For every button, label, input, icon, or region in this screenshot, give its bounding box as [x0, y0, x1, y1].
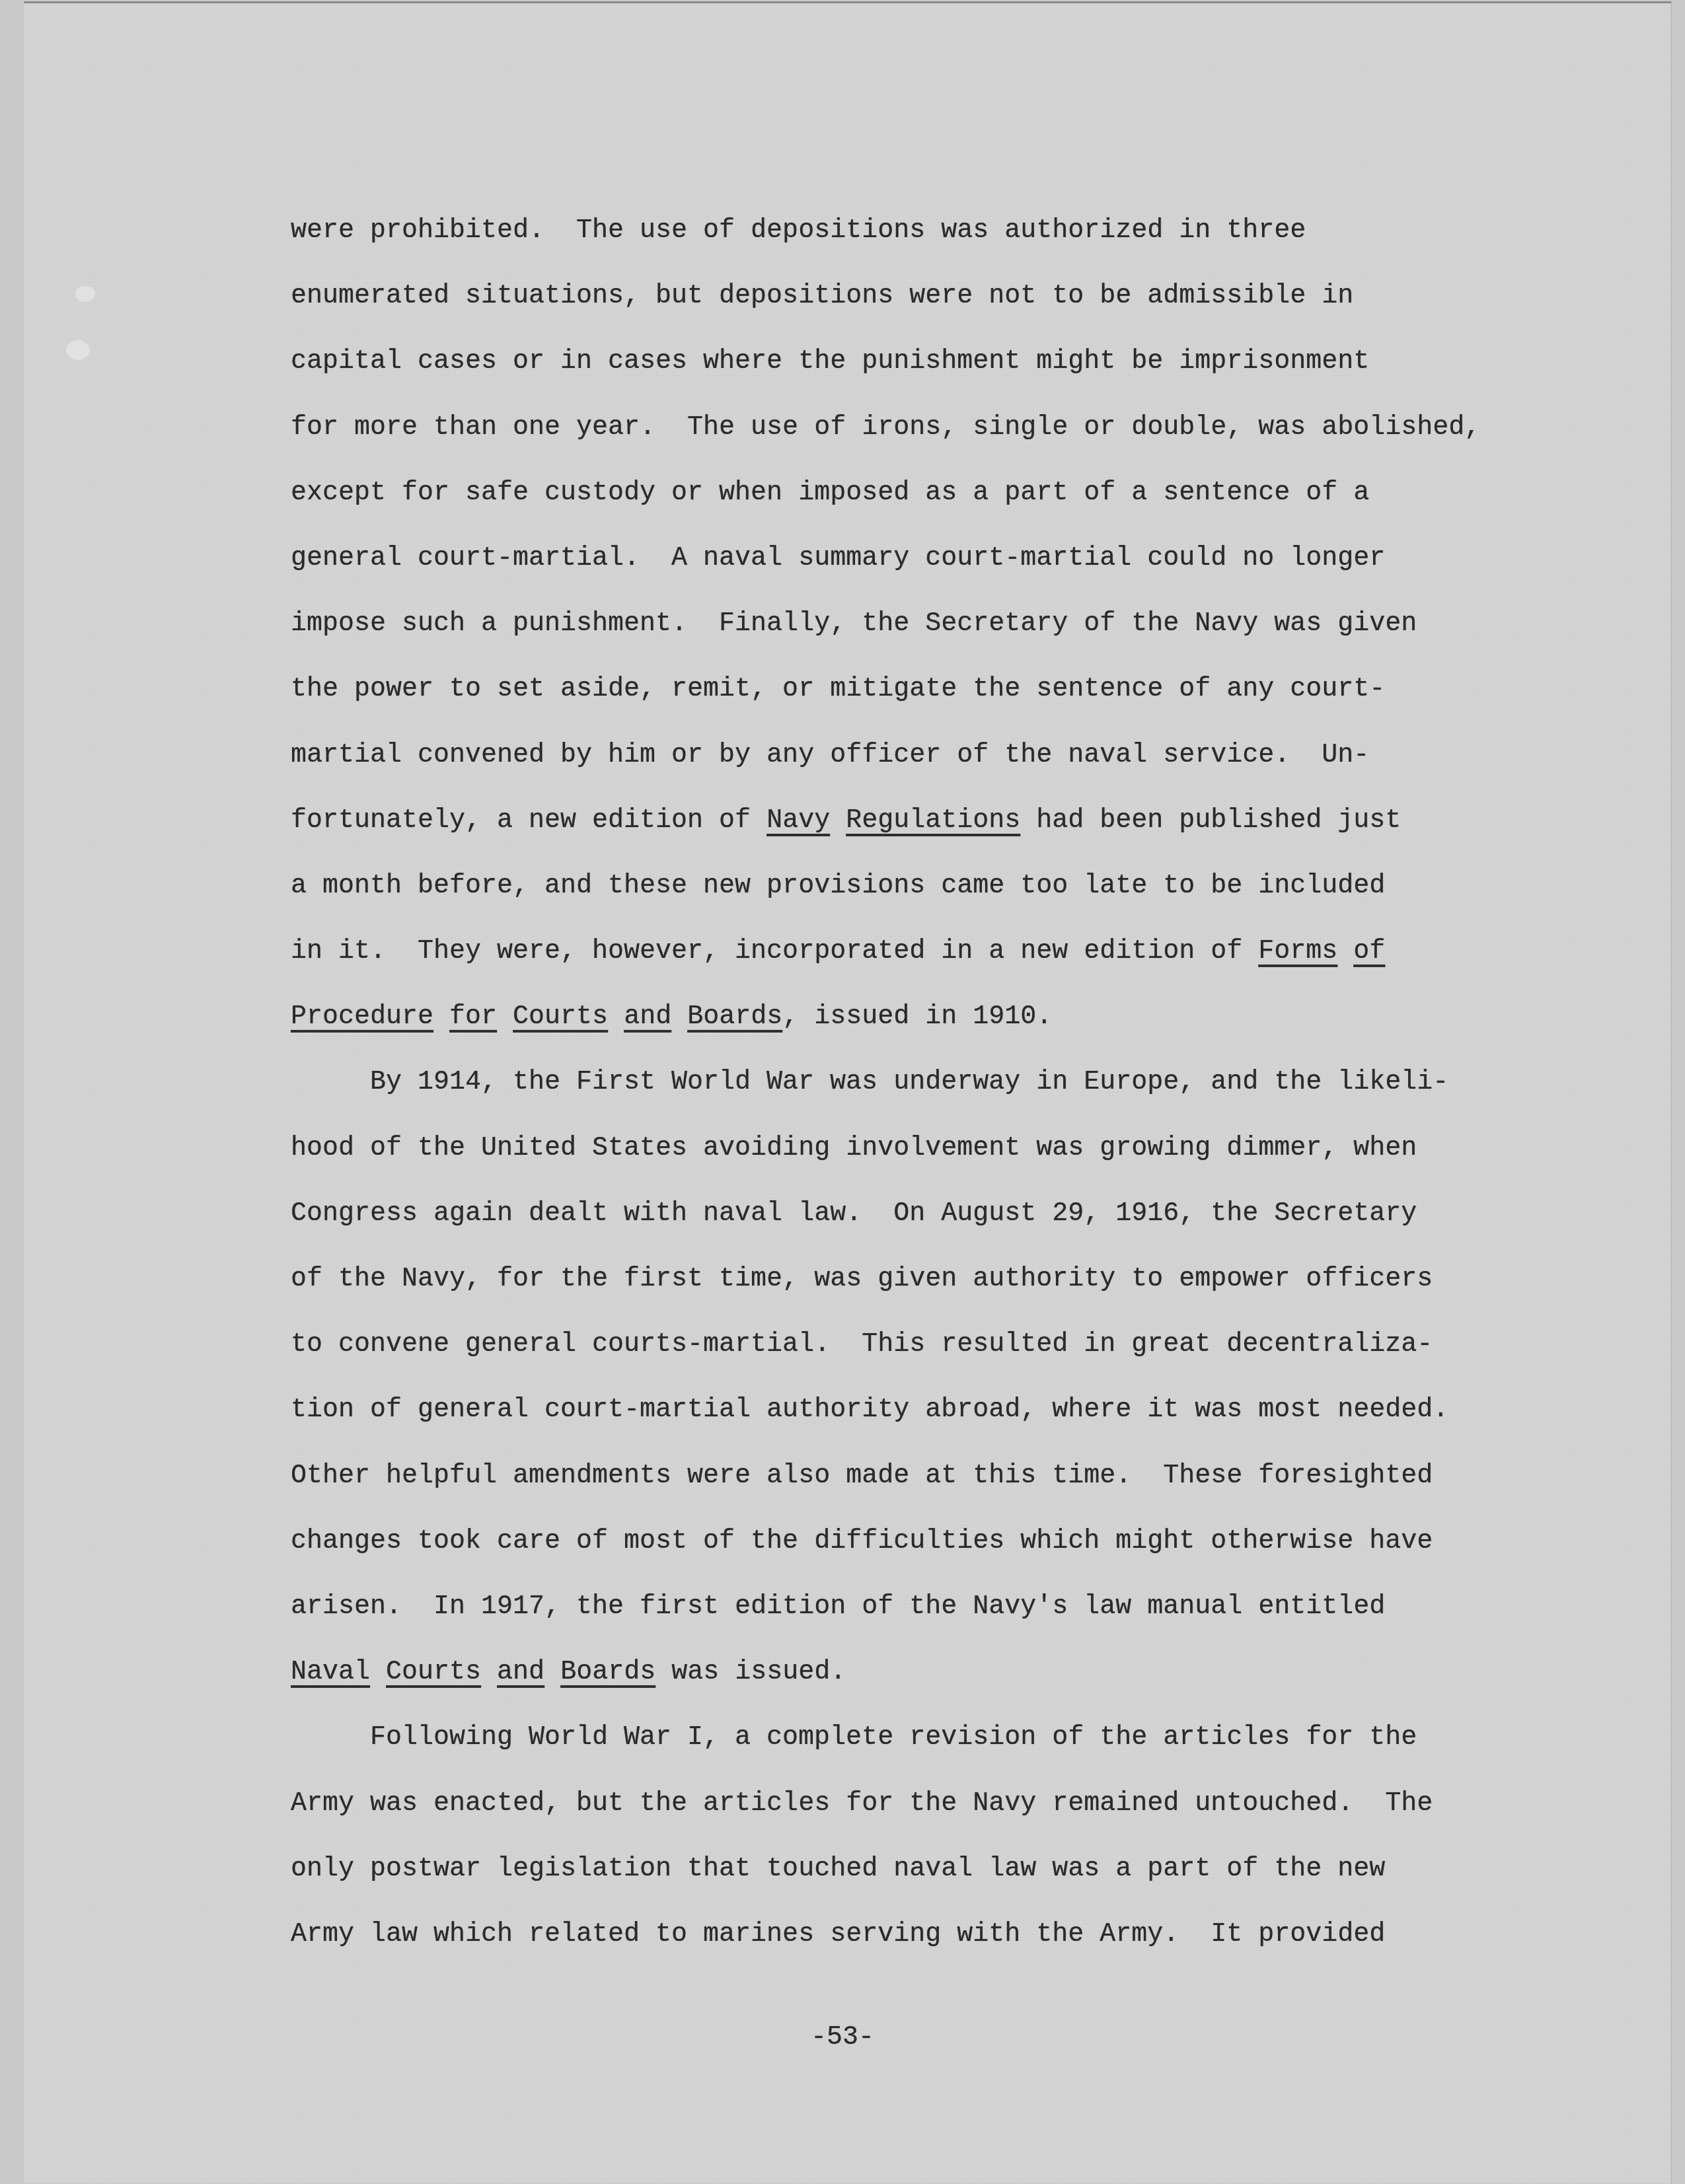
text-line: general court-martial. A naval summary c…: [291, 526, 1546, 591]
underlined-title: Naval: [291, 1657, 370, 1687]
text-segment: Following World War I, a complete revisi…: [370, 1723, 1417, 1753]
text-segment: By 1914, the First World War was underwa…: [370, 1068, 1448, 1097]
text-line: Congress again dealt with naval law. On …: [291, 1181, 1546, 1247]
text-line: Army law which related to marines servin…: [291, 1902, 1546, 1967]
underlined-title: Courts: [513, 1002, 608, 1032]
underlined-title: for: [449, 1002, 497, 1032]
text-segment: [544, 1657, 560, 1687]
text-segment: hood of the United States avoiding invol…: [291, 1134, 1417, 1163]
text-segment: changes took care of most of the difficu…: [291, 1527, 1433, 1556]
text-line: to convene general courts-martial. This …: [291, 1312, 1546, 1377]
text-segment: [497, 1002, 513, 1032]
text-line: capital cases or in cases where the puni…: [291, 329, 1546, 394]
body-text: were prohibited. The use of depositions …: [291, 198, 1546, 1967]
paper-blemish: [66, 340, 90, 360]
page-number: -53-: [0, 2023, 1685, 2053]
underlined-title: Regulations: [846, 806, 1020, 836]
text-segment: to convene general courts-martial. This …: [291, 1330, 1433, 1360]
paragraph: were prohibited. The use of depositions …: [291, 198, 1546, 1050]
text-segment: [370, 1657, 386, 1687]
text-line: enumerated situations, but depositions w…: [291, 264, 1546, 329]
text-line: only postwar legislation that touched na…: [291, 1837, 1546, 1902]
text-segment: [608, 1002, 624, 1032]
text-segment: were prohibited. The use of depositions …: [291, 216, 1306, 246]
text-segment: [830, 806, 846, 836]
text-line: Other helpful amendments were also made …: [291, 1443, 1546, 1509]
text-segment: was issued.: [655, 1657, 846, 1687]
text-segment: except for safe custody or when imposed …: [291, 478, 1369, 508]
underlined-title: and: [497, 1657, 544, 1687]
paper-blemish: [75, 286, 95, 302]
text-segment: the power to set aside, remit, or mitiga…: [291, 674, 1385, 704]
text-line: impose such a punishment. Finally, the S…: [291, 591, 1546, 657]
text-segment: [481, 1657, 497, 1687]
text-segment: for more than one year. The use of irons…: [291, 413, 1480, 443]
text-segment: capital cases or in cases where the puni…: [291, 347, 1369, 377]
underlined-title: and: [624, 1002, 671, 1032]
text-segment: arisen. In 1917, the first edition of th…: [291, 1592, 1385, 1622]
text-segment: tion of general court-martial authority …: [291, 1395, 1448, 1425]
text-line: martial convened by him or by any office…: [291, 723, 1546, 788]
text-segment: impose such a punishment. Finally, the S…: [291, 609, 1417, 639]
text-segment: Other helpful amendments were also made …: [291, 1461, 1433, 1491]
text-line: Army was enacted, but the articles for t…: [291, 1771, 1546, 1837]
text-segment: [433, 1002, 449, 1032]
text-segment: a month before, and these new provisions…: [291, 871, 1385, 901]
text-line: of the Navy, for the first time, was giv…: [291, 1247, 1546, 1312]
text-segment: of the Navy, for the first time, was giv…: [291, 1264, 1433, 1294]
text-segment: general court-martial. A naval summary c…: [291, 544, 1385, 573]
text-line: the power to set aside, remit, or mitiga…: [291, 657, 1546, 722]
text-segment: enumerated situations, but depositions w…: [291, 281, 1353, 311]
underlined-title: Boards: [687, 1002, 782, 1032]
text-segment: [1337, 937, 1353, 966]
paragraph: By 1914, the First World War was underwa…: [291, 1050, 1546, 1705]
text-line: a month before, and these new provisions…: [291, 854, 1546, 919]
text-segment: only postwar legislation that touched na…: [291, 1854, 1385, 1884]
text-line: fortunately, a new edition of Navy Regul…: [291, 788, 1546, 854]
text-segment: [671, 1002, 687, 1032]
text-segment: Army was enacted, but the articles for t…: [291, 1789, 1433, 1819]
text-line: Following World War I, a complete revisi…: [291, 1705, 1546, 1770]
text-segment: martial convened by him or by any office…: [291, 741, 1369, 770]
text-line: for more than one year. The use of irons…: [291, 395, 1546, 460]
underlined-title: Forms: [1258, 937, 1337, 966]
text-segment: , issued in 1910.: [782, 1002, 1052, 1032]
text-segment: Army law which related to marines servin…: [291, 1920, 1385, 1949]
text-line: arisen. In 1917, the first edition of th…: [291, 1574, 1546, 1640]
text-line: were prohibited. The use of depositions …: [291, 198, 1546, 264]
underlined-title: of: [1353, 937, 1385, 966]
text-line: By 1914, the First World War was underwa…: [291, 1050, 1546, 1115]
text-line: Procedure for Courts and Boards, issued …: [291, 984, 1546, 1050]
text-segment: Congress again dealt with naval law. On …: [291, 1199, 1417, 1229]
text-line: tion of general court-martial authority …: [291, 1377, 1546, 1443]
underlined-title: Procedure: [291, 1002, 433, 1032]
paragraph: Following World War I, a complete revisi…: [291, 1705, 1546, 1967]
underlined-title: Boards: [560, 1657, 655, 1687]
text-line: except for safe custody or when imposed …: [291, 460, 1546, 526]
text-line: Naval Courts and Boards was issued.: [291, 1640, 1546, 1705]
text-line: hood of the United States avoiding invol…: [291, 1116, 1546, 1181]
underlined-title: Courts: [386, 1657, 481, 1687]
text-segment: had been published just: [1020, 806, 1401, 836]
text-segment: in it. They were, however, incorporated …: [291, 937, 1258, 966]
text-line: changes took care of most of the difficu…: [291, 1509, 1546, 1574]
text-line: in it. They were, however, incorporated …: [291, 919, 1546, 984]
text-segment: fortunately, a new edition of: [291, 806, 767, 836]
underlined-title: Navy: [767, 806, 830, 836]
